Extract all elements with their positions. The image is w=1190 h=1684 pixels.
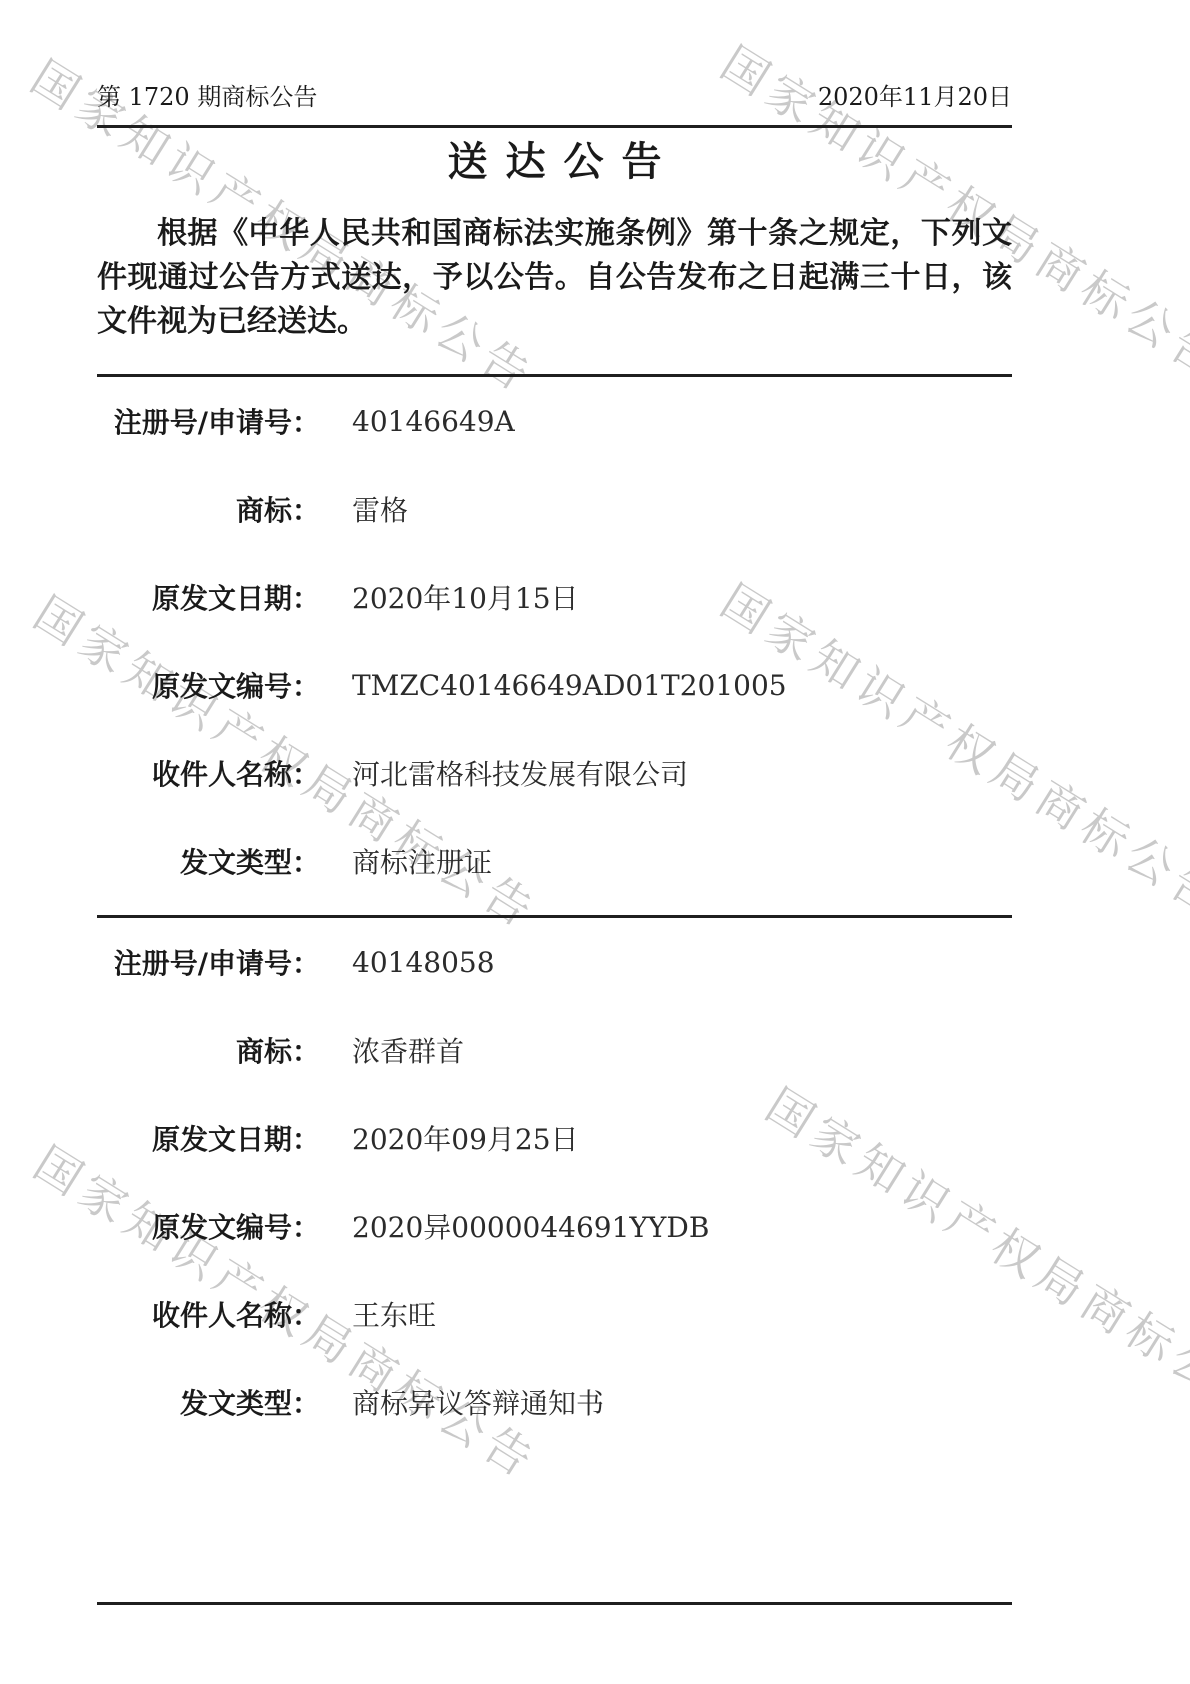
field-label: 原发文编号：	[97, 665, 320, 705]
field-label: 注册号/申请号：	[97, 942, 320, 982]
field-value: 2020异0000044691YYDB	[352, 1206, 709, 1246]
field-label: 发文类型：	[97, 1382, 320, 1422]
bottom-rule	[97, 1602, 1012, 1605]
field-value: 商标注册证	[352, 841, 492, 881]
record-row-recipient-name: 收件人名称： 王东旺	[97, 1270, 1012, 1358]
record-row-original-issue-date: 原发文日期： 2020年10月15日	[97, 553, 1012, 641]
field-label: 原发文日期：	[97, 577, 320, 617]
gazette-issue-label: 第 1720 期商标公告	[97, 82, 317, 112]
field-value: 2020年09月25日	[352, 1118, 579, 1158]
page-title: 送达公告	[97, 140, 1012, 184]
field-label: 原发文编号：	[97, 1206, 320, 1246]
field-value: TMZC40146649AD01T201005	[352, 669, 787, 702]
field-value: 河北雷格科技发展有限公司	[352, 753, 688, 793]
record-row-registration-number: 注册号/申请号： 40146649A	[97, 377, 1012, 465]
record-row-trademark: 商标： 雷格	[97, 465, 1012, 553]
field-value: 商标异议答辩通知书	[352, 1382, 604, 1422]
record-1: 注册号/申请号： 40146649A 商标： 雷格 原发文日期： 2020年10…	[97, 377, 1012, 905]
field-label: 原发文日期：	[97, 1118, 320, 1158]
gazette-date: 2020年11月20日	[818, 82, 1012, 112]
field-label: 注册号/申请号：	[97, 401, 320, 441]
field-label: 商标：	[97, 1030, 320, 1070]
page-content: 第 1720 期商标公告 2020年11月20日 送达公告 根据《中华人民共和国…	[97, 0, 1012, 1605]
record-row-document-type: 发文类型： 商标异议答辩通知书	[97, 1358, 1012, 1446]
intro-paragraph: 根据《中华人民共和国商标法实施条例》第十条之规定，下列文件现通过公告方式送达，予…	[97, 212, 1012, 344]
field-label: 收件人名称：	[97, 753, 320, 793]
record-row-trademark: 商标： 浓香群首	[97, 1006, 1012, 1094]
record-2: 注册号/申请号： 40148058 商标： 浓香群首 原发文日期： 2020年0…	[97, 918, 1012, 1446]
record-row-original-document-number: 原发文编号： TMZC40146649AD01T201005	[97, 641, 1012, 729]
field-value: 雷格	[352, 489, 408, 529]
record-row-registration-number: 注册号/申请号： 40148058	[97, 918, 1012, 1006]
page-header: 第 1720 期商标公告 2020年11月20日	[97, 0, 1012, 112]
field-value: 40146649A	[352, 405, 515, 438]
field-label: 收件人名称：	[97, 1294, 320, 1334]
header-rule	[97, 125, 1012, 128]
field-label: 发文类型：	[97, 841, 320, 881]
field-value: 王东旺	[352, 1294, 436, 1334]
field-value: 2020年10月15日	[352, 577, 579, 617]
field-value: 浓香群首	[352, 1030, 464, 1070]
record-row-recipient-name: 收件人名称： 河北雷格科技发展有限公司	[97, 729, 1012, 817]
field-value: 40148058	[352, 946, 495, 979]
record-row-original-issue-date: 原发文日期： 2020年09月25日	[97, 1094, 1012, 1182]
record-row-original-document-number: 原发文编号： 2020异0000044691YYDB	[97, 1182, 1012, 1270]
gazette-page: 国家知识产权局商标公告 国家知识产权局商标公告 国家知识产权局商标公告 国家知识…	[0, 0, 1190, 1684]
field-label: 商标：	[97, 489, 320, 529]
record-row-document-type: 发文类型： 商标注册证	[97, 817, 1012, 905]
